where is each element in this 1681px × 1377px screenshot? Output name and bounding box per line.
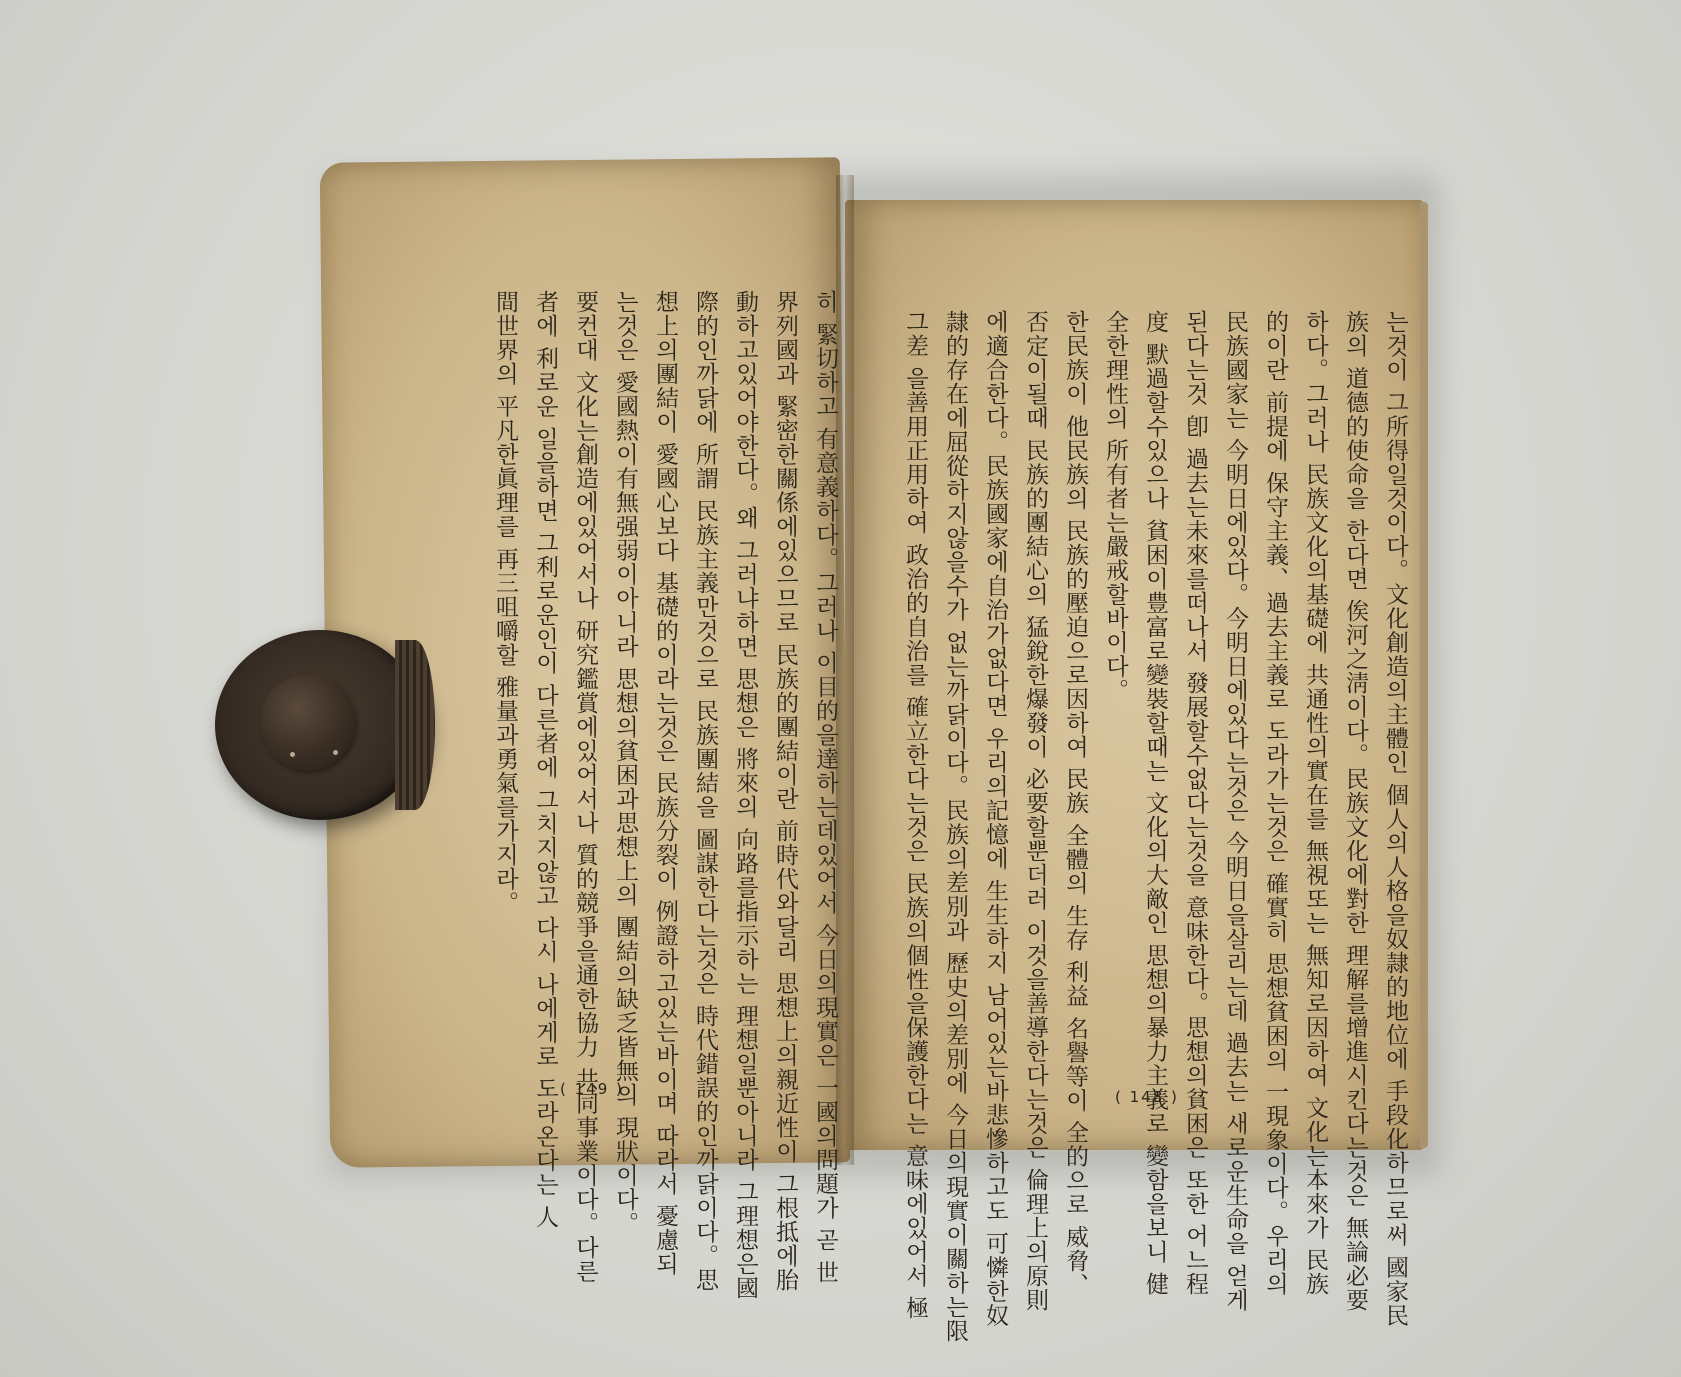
- text-column: 는것은 愛國熱이有無强弱이아니라 思想의貧困과思想上의 團結의缺乏皆無의 現狀이…: [605, 290, 645, 1050]
- weight-knob: [260, 675, 355, 770]
- weight-rim: [395, 640, 435, 810]
- text-column: 한民族이 他民族의 民族的壓迫으로因하여 民族 全體의 生存 利益 名譽等이 全…: [1055, 310, 1095, 1070]
- text-column: 動하고있어야한다。왜 그러냐하면 思想은 將來의 向路를指示하는 理想일뿐아니라…: [725, 290, 765, 1050]
- weight-highlight: [290, 752, 295, 757]
- text-column: 度 默過할수있으나 貧困이豊富로變裝할때는 文化의大敵인 思想의暴力主義로 變함…: [1135, 310, 1175, 1070]
- text-column: 際的인까닭에 所謂 民族主義만것으로 民族團結을 圖謀한다는것은 時代錯誤的인까…: [685, 290, 725, 1050]
- text-column: 的이란 前提에 保守主義、過去主義로 도라가는것은 確實히 思想貧困의 一現象이…: [1255, 310, 1295, 1070]
- text-column: 隷的存在에屈從하지않을수가 없는까닭이다。民族의差別과 歷史의差別에 今日의現實…: [935, 310, 975, 1070]
- left-page-number: ( 149 ): [560, 1080, 624, 1098]
- weight-highlight: [333, 750, 338, 755]
- text-column: 族의 道德的使命을 한다면 俟河之淸이다。民族文化에對한 理解를增進시킨다는것은…: [1335, 310, 1375, 1070]
- text-column: 는것이 그所得일것이다。文化創造의主體인 個人의人格을奴隷的地位에 手段化하므로…: [1375, 310, 1415, 1070]
- book-weight: [215, 630, 425, 820]
- text-column: 하다。그러나 民族文化의基礎에 共通性의實在를 無視또는 無知로因하여 文化는本…: [1295, 310, 1335, 1070]
- page-stack-edge: [1420, 202, 1428, 1148]
- photo-scene: 히 緊切하고 有意義하다。그러나 이目的을達하는데있어서 今日의現實은 一國의問…: [0, 0, 1681, 1377]
- text-column: 民族國家는 今明日에있다。今明日에있다는것은 今明日을살리는데 過去는 새로운生…: [1215, 310, 1255, 1070]
- text-column: 된다는것 卽 過去는未來를떠나서 發展할수없다는것을 意味한다。思想의貧困은 또…: [1175, 310, 1215, 1070]
- text-column: 에適合한다。民族國家에自治가없다면 우리의記憶에 生生하지 남어있는바悲慘하고도…: [975, 310, 1015, 1070]
- right-page-text: 는것이 그所得일것이다。文化創造의主體인 個人의人格을奴隷的地位에 手段化하므로…: [895, 310, 1415, 1070]
- text-column: 그差 을善用正用하여 政治的自治를 確立한다는것은 民族의個性을保護한다는 意味…: [895, 310, 935, 1070]
- text-column: 要컨대 文化는創造에있어서나 研究鑑賞에있어서나 質的競爭을通한協力 共同事業이…: [565, 290, 605, 1050]
- text-column: 者에 利로운 일을하면 그利로운인이 다른者에 그치지않고 다시 나에게로 도라…: [525, 290, 565, 1050]
- text-column: 界列國과 緊密한關係에있으므로 民族的團結이란 前時代와달리 思想上의親近性이 …: [765, 290, 805, 1050]
- text-column: 히 緊切하고 有意義하다。그러나 이目的을達하는데있어서 今日의現實은 一國의問…: [805, 290, 845, 1050]
- left-page-text: 히 緊切하고 有意義하다。그러나 이目的을達하는데있어서 今日의現實은 一國의問…: [485, 290, 845, 1050]
- text-column: 全한理性의 所有者는嚴戒할바이다。: [1095, 310, 1135, 1070]
- text-column: 想上의團結이 愛國心보다 基礎的이라는것은 民族分裂이 例證하고있는바이며 따라…: [645, 290, 685, 1050]
- text-column: 否定이될때 民族的團結心의 猛銳한爆發이 必要할뿐더러 이것을善導한다는것은 倫…: [1015, 310, 1055, 1070]
- text-column: 間世界의 平凡한眞理를 再三咀嚼할 雅量과勇氣를가지라。: [485, 290, 525, 1050]
- right-page-number: ( 148 ): [1115, 1088, 1179, 1106]
